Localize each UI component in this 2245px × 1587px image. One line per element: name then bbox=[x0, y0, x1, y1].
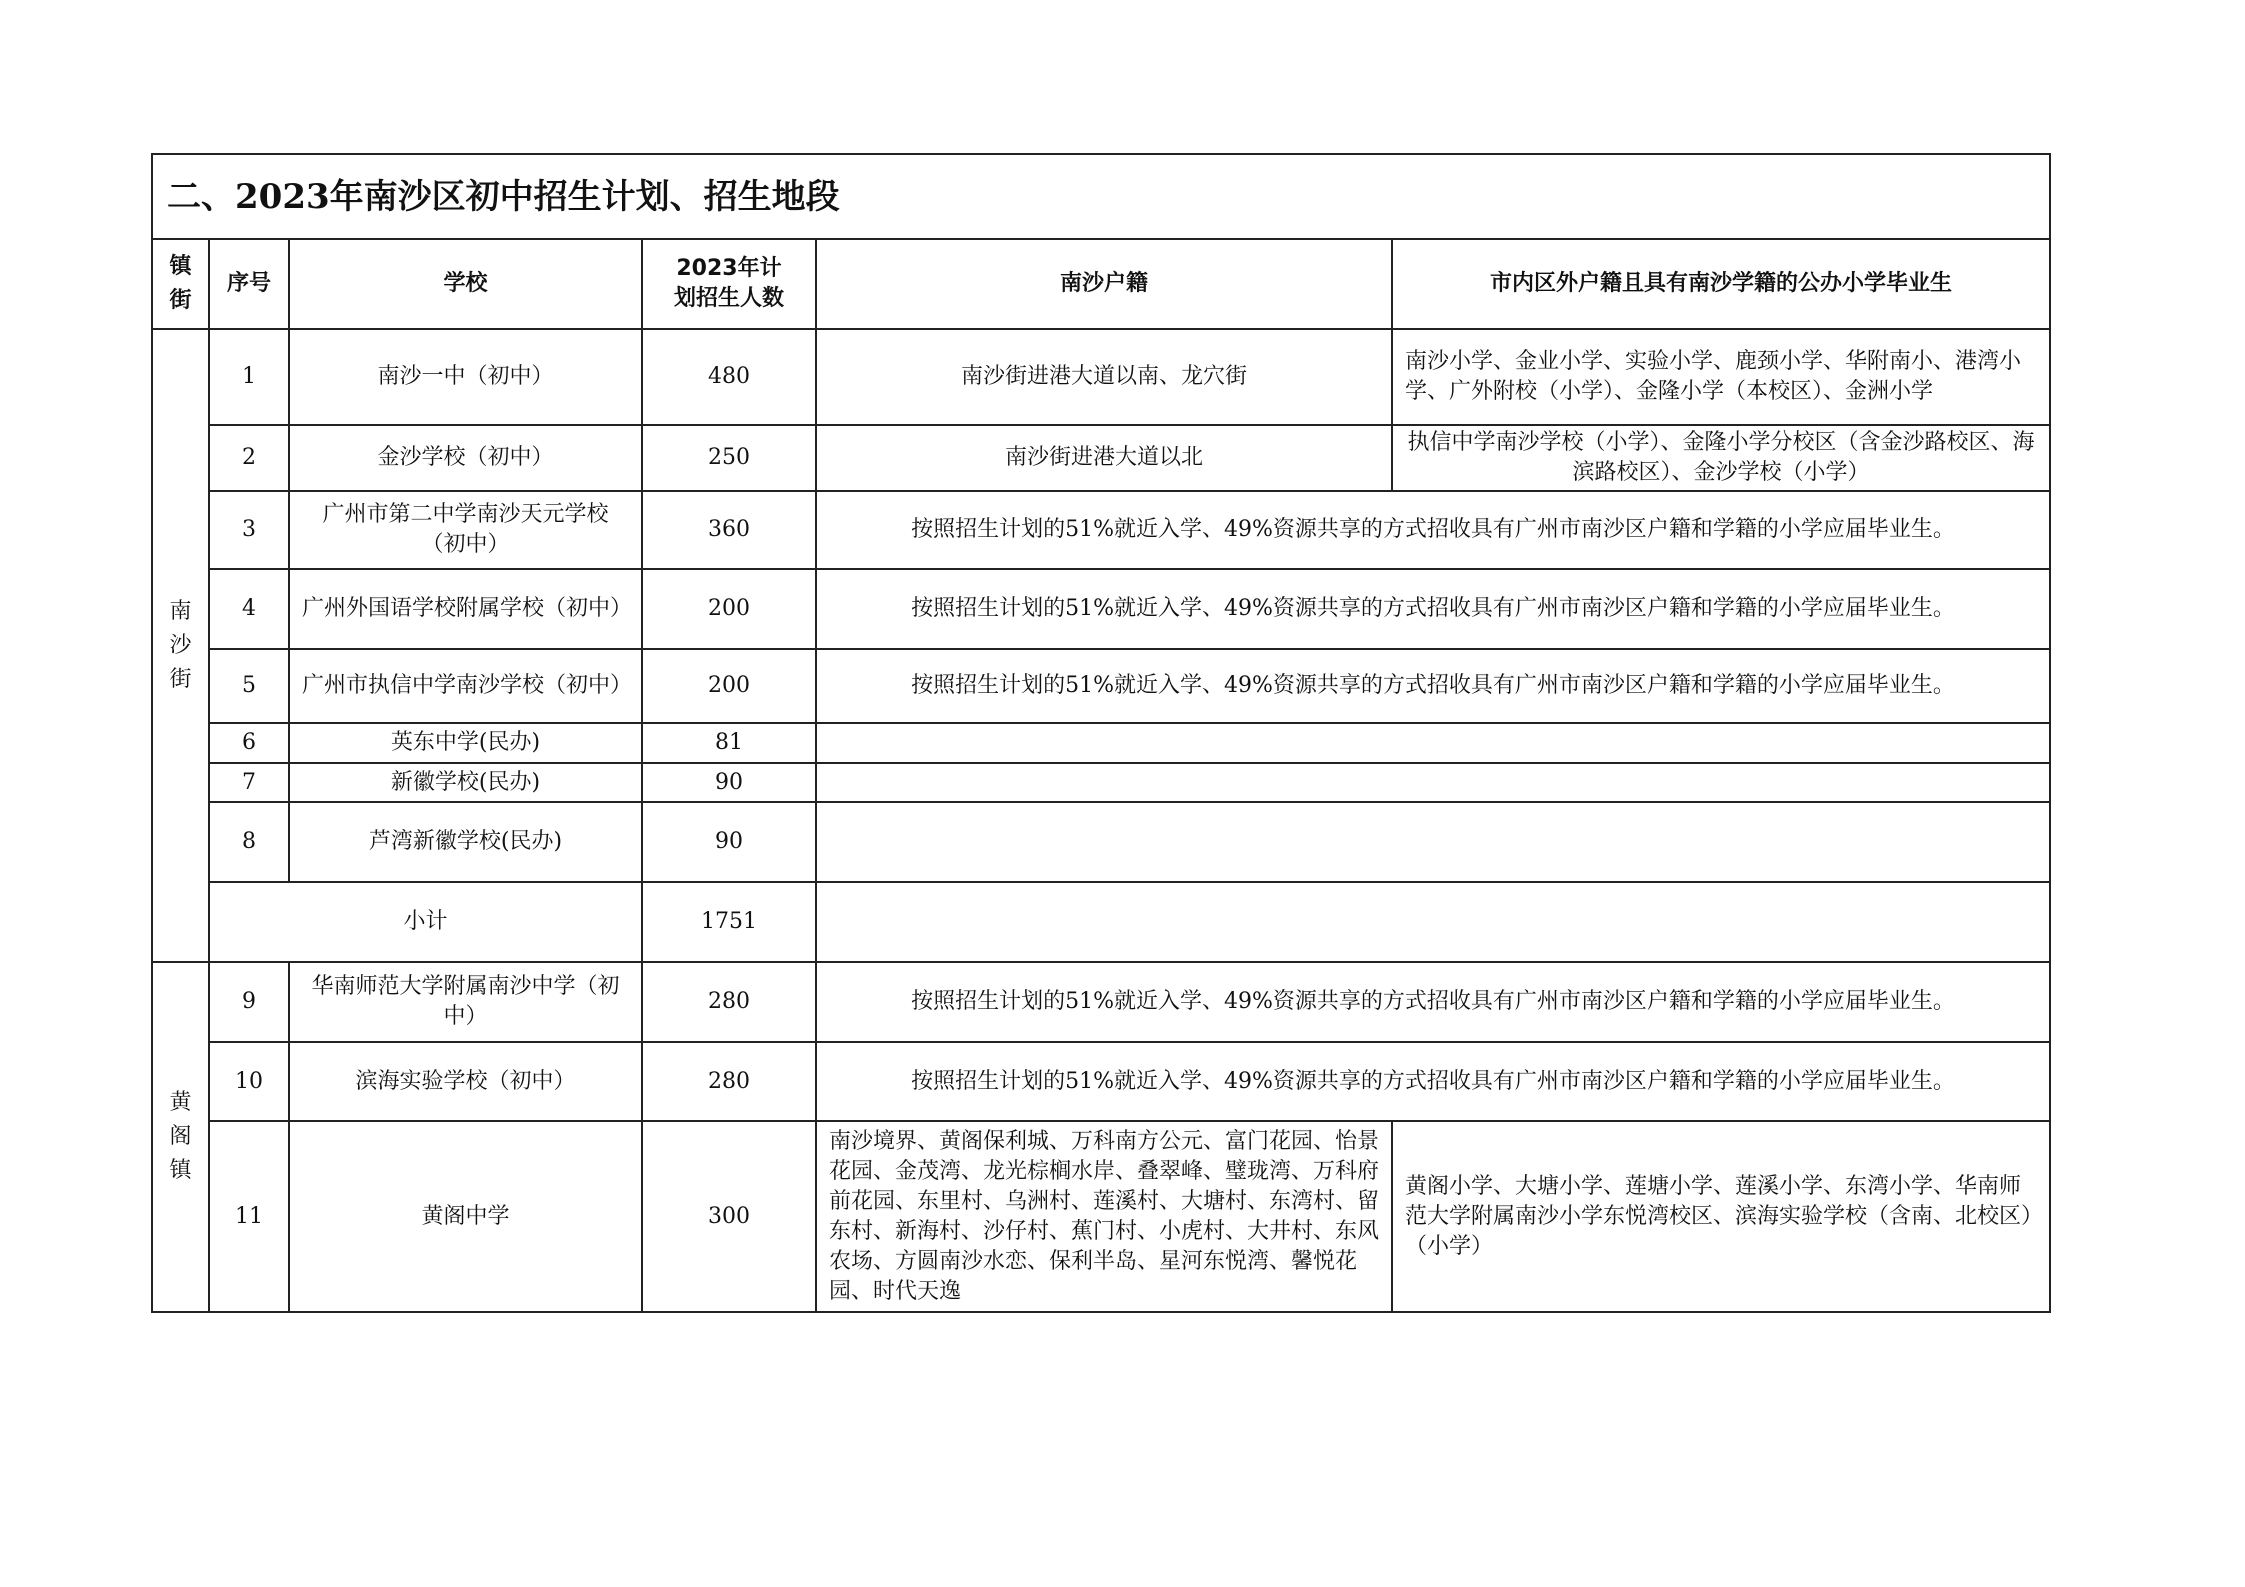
town-cell: 黄阁镇 bbox=[152, 962, 209, 1312]
school-cell: 南沙一中（初中） bbox=[289, 329, 642, 425]
table-row: 10 滨海实验学校（初中） 280 按照招生计划的51%就近入学、49%资源共享… bbox=[152, 1042, 2050, 1121]
header-outside: 市内区外户籍且具有南沙学籍的公办小学毕业生 bbox=[1392, 239, 2050, 329]
plan-cell: 81 bbox=[642, 723, 816, 763]
school-cell: 广州市第二中学南沙天元学校（初中） bbox=[289, 491, 642, 569]
plan-cell: 280 bbox=[642, 962, 816, 1042]
school-cell: 英东中学(民办) bbox=[289, 723, 642, 763]
plan-cell: 360 bbox=[642, 491, 816, 569]
seq-cell: 6 bbox=[209, 723, 289, 763]
empty-cell bbox=[816, 882, 2050, 962]
plan-cell: 480 bbox=[642, 329, 816, 425]
table-row: 8 芦湾新徽学校(民办) 90 bbox=[152, 802, 2050, 882]
plan-cell: 90 bbox=[642, 763, 816, 802]
table-row: 黄阁镇 9 华南师范大学附属南沙中学（初中） 280 按照招生计划的51%就近入… bbox=[152, 962, 2050, 1042]
outside-cell: 执信中学南沙学校（小学）、金隆小学分校区（含金沙路校区、海滨路校区）、金沙学校（… bbox=[1392, 425, 2050, 491]
school-cell: 滨海实验学校（初中） bbox=[289, 1042, 642, 1121]
table-row: 4 广州外国语学校附属学校（初中） 200 按照招生计划的51%就近入学、49%… bbox=[152, 569, 2050, 649]
enrollment-table: 二、2023年南沙区初中招生计划、招生地段 镇街 序号 学校 2023年计划招生… bbox=[151, 153, 2051, 1313]
table-row: 6 英东中学(民办) 81 bbox=[152, 723, 2050, 763]
school-cell: 广州市执信中学南沙学校（初中） bbox=[289, 649, 642, 723]
seq-cell: 11 bbox=[209, 1121, 289, 1312]
plan-cell: 300 bbox=[642, 1121, 816, 1312]
table-row: 11 黄阁中学 300 南沙境界、黄阁保利城、万科南方公元、富门花园、怡景花园、… bbox=[152, 1121, 2050, 1312]
seq-cell: 4 bbox=[209, 569, 289, 649]
seq-cell: 3 bbox=[209, 491, 289, 569]
school-cell: 广州外国语学校附属学校（初中） bbox=[289, 569, 642, 649]
shared-policy-cell: 按照招生计划的51%就近入学、49%资源共享的方式招收具有广州市南沙区户籍和学籍… bbox=[816, 1042, 2050, 1121]
plan-cell: 200 bbox=[642, 569, 816, 649]
seq-cell: 10 bbox=[209, 1042, 289, 1121]
school-cell: 金沙学校（初中） bbox=[289, 425, 642, 491]
page-title: 二、2023年南沙区初中招生计划、招生地段 bbox=[152, 154, 2050, 239]
empty-cell bbox=[816, 802, 2050, 882]
seq-cell: 7 bbox=[209, 763, 289, 802]
header-plan: 2023年计划招生人数 bbox=[642, 239, 816, 329]
outside-cell: 黄阁小学、大塘小学、莲塘小学、莲溪小学、东湾小学、华南师范大学附属南沙小学东悦湾… bbox=[1392, 1121, 2050, 1312]
subtotal-row: 小计 1751 bbox=[152, 882, 2050, 962]
header-school: 学校 bbox=[289, 239, 642, 329]
town-cell: 南沙街 bbox=[152, 329, 209, 962]
table-row: 7 新徽学校(民办) 90 bbox=[152, 763, 2050, 802]
header-local: 南沙户籍 bbox=[816, 239, 1392, 329]
empty-cell bbox=[816, 763, 2050, 802]
local-cell: 南沙境界、黄阁保利城、万科南方公元、富门花园、怡景花园、金茂湾、龙光棕榈水岸、叠… bbox=[816, 1121, 1392, 1312]
local-cell: 南沙街进港大道以北 bbox=[816, 425, 1392, 491]
local-cell: 南沙街进港大道以南、龙穴街 bbox=[816, 329, 1392, 425]
header-town: 镇街 bbox=[152, 239, 209, 329]
school-cell: 黄阁中学 bbox=[289, 1121, 642, 1312]
table-row: 南沙街 1 南沙一中（初中） 480 南沙街进港大道以南、龙穴街 南沙小学、金业… bbox=[152, 329, 2050, 425]
seq-cell: 8 bbox=[209, 802, 289, 882]
plan-cell: 200 bbox=[642, 649, 816, 723]
school-cell: 新徽学校(民办) bbox=[289, 763, 642, 802]
plan-cell: 280 bbox=[642, 1042, 816, 1121]
seq-cell: 5 bbox=[209, 649, 289, 723]
table-row: 3 广州市第二中学南沙天元学校（初中） 360 按照招生计划的51%就近入学、4… bbox=[152, 491, 2050, 569]
table-row: 5 广州市执信中学南沙学校（初中） 200 按照招生计划的51%就近入学、49%… bbox=[152, 649, 2050, 723]
empty-cell bbox=[816, 723, 2050, 763]
seq-cell: 9 bbox=[209, 962, 289, 1042]
shared-policy-cell: 按照招生计划的51%就近入学、49%资源共享的方式招收具有广州市南沙区户籍和学籍… bbox=[816, 569, 2050, 649]
shared-policy-cell: 按照招生计划的51%就近入学、49%资源共享的方式招收具有广州市南沙区户籍和学籍… bbox=[816, 962, 2050, 1042]
table-row: 2 金沙学校（初中） 250 南沙街进港大道以北 执信中学南沙学校（小学）、金隆… bbox=[152, 425, 2050, 491]
header-seq: 序号 bbox=[209, 239, 289, 329]
plan-cell: 250 bbox=[642, 425, 816, 491]
shared-policy-cell: 按照招生计划的51%就近入学、49%资源共享的方式招收具有广州市南沙区户籍和学籍… bbox=[816, 491, 2050, 569]
school-cell: 芦湾新徽学校(民办) bbox=[289, 802, 642, 882]
seq-cell: 2 bbox=[209, 425, 289, 491]
school-cell: 华南师范大学附属南沙中学（初中） bbox=[289, 962, 642, 1042]
subtotal-label: 小计 bbox=[209, 882, 642, 962]
subtotal-value: 1751 bbox=[642, 882, 816, 962]
shared-policy-cell: 按照招生计划的51%就近入学、49%资源共享的方式招收具有广州市南沙区户籍和学籍… bbox=[816, 649, 2050, 723]
seq-cell: 1 bbox=[209, 329, 289, 425]
outside-cell: 南沙小学、金业小学、实验小学、鹿颈小学、华附南小、港湾小学、广外附校（小学）、金… bbox=[1392, 329, 2050, 425]
plan-cell: 90 bbox=[642, 802, 816, 882]
